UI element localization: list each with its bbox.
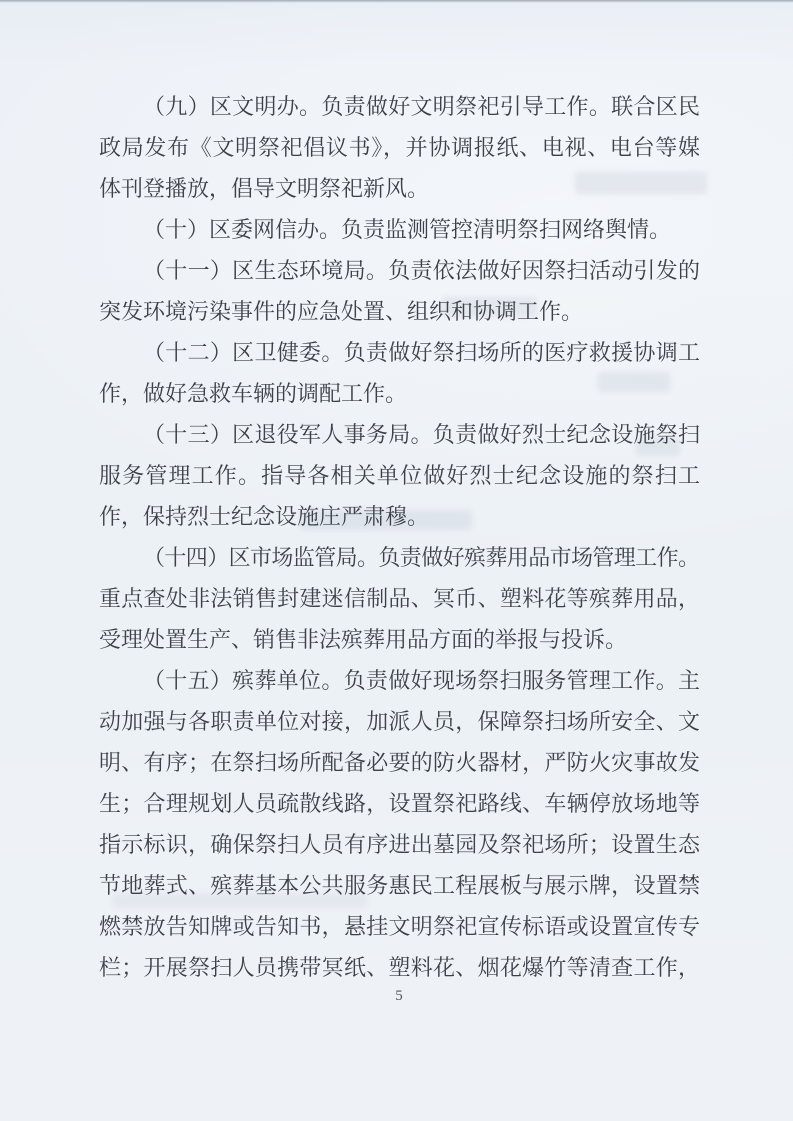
scanned-document-page: （九）区文明办。负责做好文明祭祀引导工作。联合区民政局发布《文明祭祀倡议书》，并…: [0, 0, 793, 1121]
text-line: 节地葬式、殡葬基本公共服务惠民工程展板与展示牌，设置禁: [99, 865, 699, 906]
text-line: （十三）区退役军人事务局。负责做好烈士纪念设施祭扫: [99, 414, 699, 455]
text-line: （十二）区卫健委。负责做好祭扫场所的医疗救援协调工: [99, 332, 699, 373]
text-line: （十一）区生态环境局。负责依法做好因祭扫活动引发的: [99, 250, 699, 291]
text-line: 作，保持烈士纪念设施庄严肃穆。: [99, 496, 699, 537]
scan-edge-artifact: [0, 0, 793, 3]
text-line: 作，做好急救车辆的调配工作。: [99, 373, 699, 414]
text-line: 受理处置生产、销售非法殡葬用品方面的举报与投诉。: [99, 619, 699, 660]
text-line: （十）区委网信办。负责监测管控清明祭扫网络舆情。: [99, 209, 699, 250]
text-line: 栏；开展祭扫人员携带冥纸、塑料花、烟花爆竹等清查工作，: [99, 947, 699, 988]
text-line: （十五）殡葬单位。负责做好现场祭扫服务管理工作。主: [99, 660, 699, 701]
text-line: （十四）区市场监管局。负责做好殡葬用品市场管理工作。: [99, 537, 699, 578]
page-number: 5: [99, 988, 699, 1005]
text-line: 突发环境污染事件的应急处置、组织和协调工作。: [99, 291, 699, 332]
text-line: 动加强与各职责单位对接，加派人员，保障祭扫场所安全、文: [99, 701, 699, 742]
text-line: 生；合理规划人员疏散线路，设置祭祀路线、车辆停放场地等: [99, 783, 699, 824]
text-line: 服务管理工作。指导各相关单位做好烈士纪念设施的祭扫工: [99, 455, 699, 496]
text-line: 体刊登播放，倡导文明祭祀新风。: [99, 168, 699, 209]
text-line: 指示标识，确保祭扫人员有序进出墓园及祭祀场所；设置生态: [99, 824, 699, 865]
text-line: 燃禁放告知牌或告知书，悬挂文明祭祀宣传标语或设置宣传专: [99, 906, 699, 947]
text-line: 政局发布《文明祭祀倡议书》，并协调报纸、电视、电台等媒: [99, 127, 699, 168]
text-line: 明、有序；在祭扫场所配备必要的防火器材，严防火灾事故发: [99, 742, 699, 783]
document-body-text: （九）区文明办。负责做好文明祭祀引导工作。联合区民政局发布《文明祭祀倡议书》，并…: [99, 86, 699, 988]
text-line: （九）区文明办。负责做好文明祭祀引导工作。联合区民: [99, 86, 699, 127]
text-line: 重点查处非法销售封建迷信制品、冥币、塑料花等殡葬用品，: [99, 578, 699, 619]
